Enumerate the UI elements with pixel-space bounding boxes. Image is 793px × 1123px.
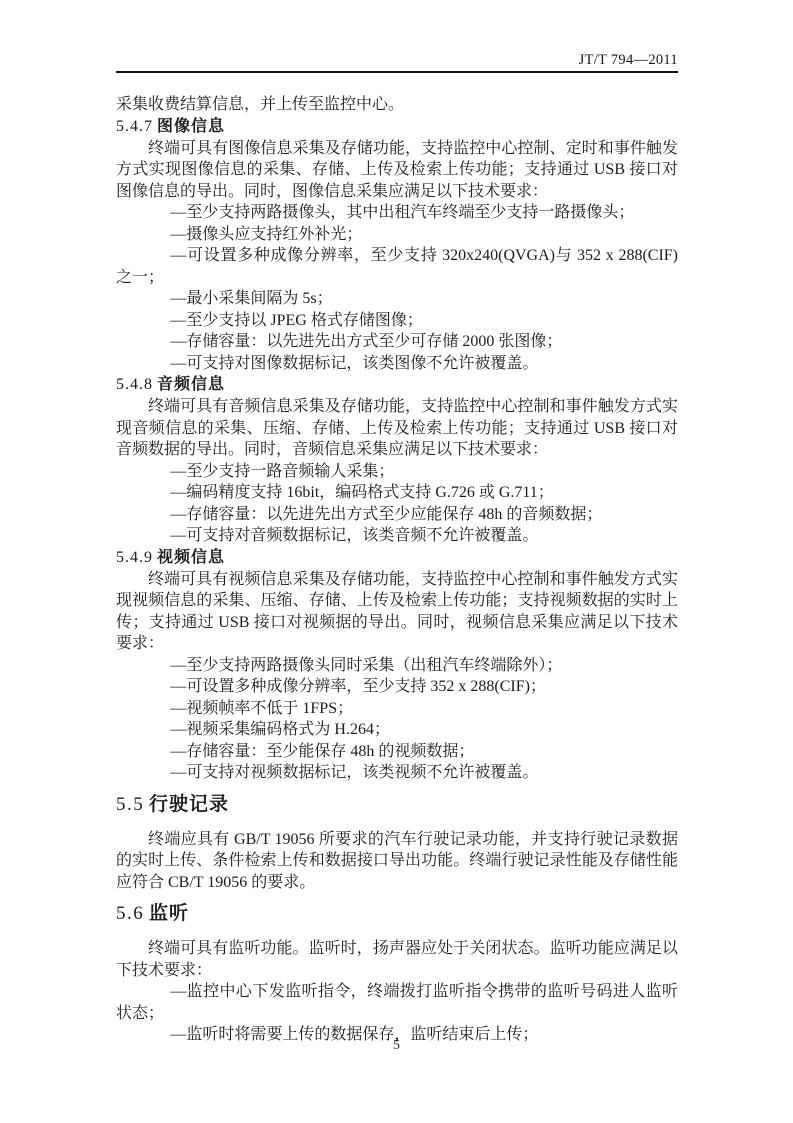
list-item: —可设置多种成像分辨率，至少支持 352 x 288(CIF)；	[116, 676, 678, 698]
section-number: 5.5	[116, 794, 144, 815]
page-number: 5	[0, 1037, 793, 1053]
section-number: 5.4.7	[116, 118, 153, 135]
running-header-doc-number: JT/T 794—2011	[116, 52, 678, 69]
list-item: —视频帧率不低于 1FPS；	[116, 698, 678, 720]
header-rule	[116, 71, 678, 73]
list-item: —可设置多种成像分辨率，至少支持 320x240(QVGA)与 352 x 28…	[116, 245, 678, 288]
list-item: —最小采集间隔为 5s；	[116, 288, 678, 310]
section-heading: 5.6 监听	[116, 902, 678, 926]
list-item: —至少支持两路摄像头同时采集（出租汽车终端除外）；	[116, 655, 678, 677]
list-item: —存储容量：至少能保存 48h 的视频数据；	[116, 741, 678, 763]
list-item: —至少支持以 JPEG 格式存储图像；	[116, 310, 678, 332]
document-page: JT/T 794—2011 采集收费结算信息，并上传至监控中心。5.4.7 图像…	[0, 0, 793, 1123]
section-heading: 5.4.9 视频信息	[116, 547, 678, 569]
paragraph: 终端可具有监听功能。监听时，扬声器应处于关闭状态。监听功能应满足以下技术要求：	[116, 938, 678, 981]
section-number: 5.4.8	[116, 376, 153, 393]
document-body: 采集收费结算信息，并上传至监控中心。5.4.7 图像信息终端可具有图像信息采集及…	[116, 94, 678, 1046]
paragraph: 终端可具有视频信息采集及存储功能，支持监控中心控制和事件触发方式实现视频信息的采…	[116, 569, 678, 655]
section-title: 音频信息	[157, 376, 225, 393]
list-item: —可支持对图像数据标记，该类图像不允许被覆盖。	[116, 353, 678, 375]
section-title: 图像信息	[157, 118, 225, 135]
section-title: 视频信息	[157, 549, 225, 566]
list-item: —至少支持一路音频输人采集；	[116, 461, 678, 483]
list-item: —可支持对视频数据标记，该类视频不允许被覆盖。	[116, 762, 678, 784]
list-item: —监控中心下发监听指令，终端拨打监听指令携带的监听号码进人监听状态；	[116, 981, 678, 1024]
section-number: 5.4.9	[116, 549, 153, 566]
paragraph: 采集收费结算信息，并上传至监控中心。	[116, 94, 678, 116]
list-item: —存储容量：以先进先出方式至少可存储 2000 张图像；	[116, 331, 678, 353]
list-item: —可支持对音频数据标记，该类音频不允许被覆盖。	[116, 525, 678, 547]
list-item: —编码精度支持 16bit，编码格式支持 G.726 或 G.711；	[116, 482, 678, 504]
section-title: 行驶记录	[149, 794, 229, 815]
section-number: 5.6	[116, 903, 144, 924]
paragraph: 终端应具有 GB/T 19056 所要求的汽车行驶记录功能，并支持行驶记录数据的…	[116, 829, 678, 894]
paragraph: 终端可具有音频信息采集及存储功能，支持监控中心控制和事件触发方式实现音频信息的采…	[116, 396, 678, 461]
section-heading: 5.5 行驶记录	[116, 793, 678, 817]
list-item: —摄像头应支持红外补光；	[116, 224, 678, 246]
section-heading: 5.4.8 音频信息	[116, 374, 678, 396]
section-heading: 5.4.7 图像信息	[116, 116, 678, 138]
paragraph: 终端可具有图像信息采集及存储功能，支持监控中心控制、定时和事件触发方式实现图像信…	[116, 138, 678, 203]
section-title: 监听	[149, 903, 189, 924]
list-item: —视频采集编码格式为 H.264；	[116, 719, 678, 741]
list-item: —至少支持两路摄像头，其中出租汽车终端至少支持一路摄像头；	[116, 202, 678, 224]
list-item: —存储容量：以先进先出方式至少应能保存 48h 的音频数据；	[116, 504, 678, 526]
